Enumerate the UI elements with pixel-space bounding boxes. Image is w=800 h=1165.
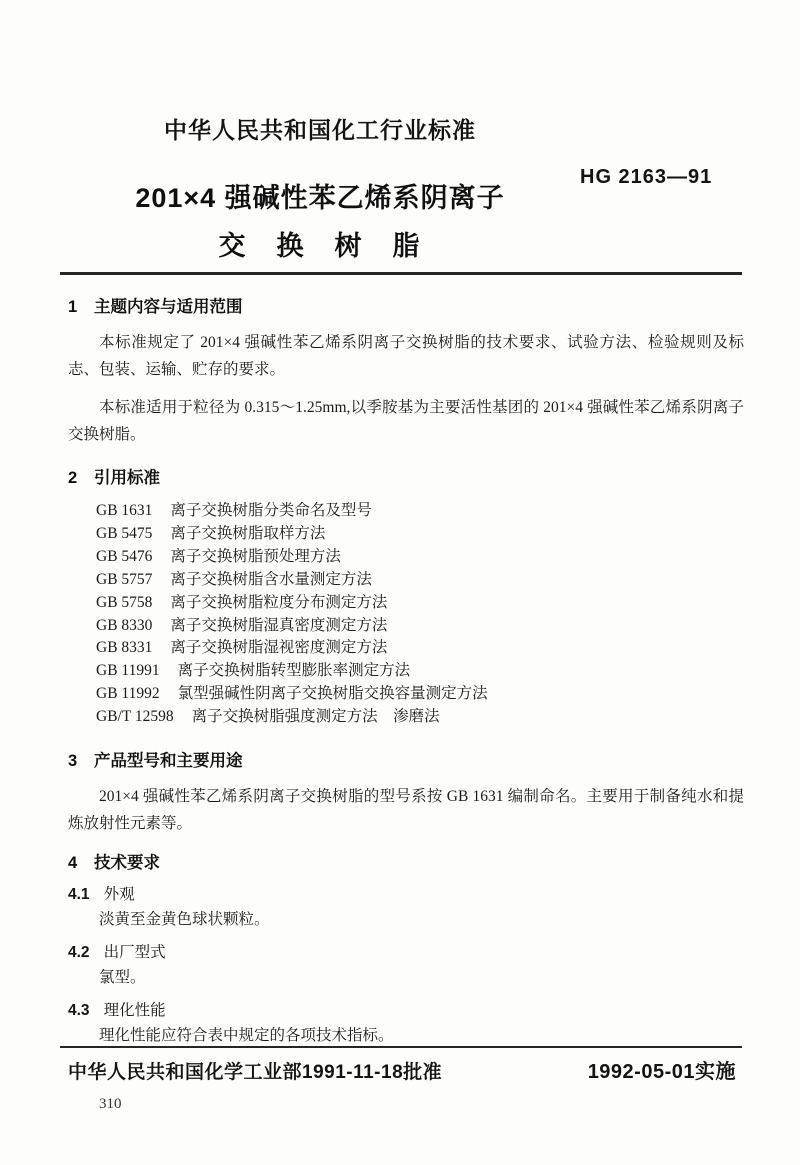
reference-item: GB 5757离子交换树脂含水量测定方法	[96, 569, 744, 592]
reference-title: 离子交换树脂湿视密度测定方法	[170, 639, 387, 656]
reference-code: GB 11991	[96, 660, 160, 683]
subsection-4-1-body: 淡黄至金黄色球状颗粒。	[68, 908, 744, 933]
reference-item: GB/T 12598离子交换树脂强度测定方法 渗磨法	[96, 706, 744, 729]
reference-title: 离子交换树脂含水量测定方法	[170, 571, 372, 588]
standard-title-line1: 201×4 强碱性苯乙烯系阴离子	[60, 176, 580, 215]
reference-title: 离子交换树脂湿真密度测定方法	[170, 617, 387, 634]
section-2-title: 引用标准	[94, 469, 160, 487]
reference-code: GB 1631	[96, 500, 152, 523]
reference-code: GB 5476	[96, 546, 152, 569]
section-3-paragraph: 201×4 强碱性苯乙烯系阴离子交换树脂的型号系按 GB 1631 编制命名。主…	[68, 783, 744, 837]
reference-code: GB 11992	[96, 683, 160, 706]
reference-item: GB 8330离子交换树脂湿真密度测定方法	[96, 615, 744, 638]
reference-title: 离子交换树脂转型膨胀率测定方法	[178, 662, 411, 679]
subsection-4-2-heading: 4.2出厂型式	[68, 941, 744, 966]
title-divider	[60, 272, 742, 275]
subsection-4-1-number: 4.1	[68, 883, 90, 908]
reference-title: 离子交换树脂粒度分布测定方法	[170, 594, 387, 611]
reference-title: 离子交换树脂强度测定方法 渗磨法	[192, 708, 440, 725]
section-3-title: 产品型号和主要用途	[94, 752, 243, 770]
subsection-4-3-body: 理化性能应符合表中规定的各项技术指标。	[68, 1024, 744, 1049]
reference-item: GB 5475离子交换树脂取样方法	[96, 523, 744, 546]
reference-item: GB 5476离子交换树脂预处理方法	[96, 546, 744, 569]
masthead: 中华人民共和国化工行业标准 201×4 强碱性苯乙烯系阴离子 交 换 树 脂	[60, 112, 580, 263]
reference-code: GB/T 12598	[96, 706, 174, 729]
subsection-4-2-title: 出厂型式	[104, 944, 166, 961]
authority-line: 中华人民共和国化工行业标准	[60, 112, 580, 145]
reference-item: GB 11991离子交换树脂转型膨胀率测定方法	[96, 660, 744, 683]
reference-title: 氯型强碱性阴离子交换树脂交换容量测定方法	[178, 685, 488, 702]
subsection-4-3-number: 4.3	[68, 999, 90, 1024]
section-4-heading: 4技术要求	[68, 852, 744, 874]
section-1-heading: 1主题内容与适用范围	[68, 296, 744, 318]
reference-item: GB 5758离子交换树脂粒度分布测定方法	[96, 592, 744, 615]
subsection-4-2-number: 4.2	[68, 941, 90, 966]
section-4-number: 4	[68, 852, 82, 874]
standard-title-line2: 交 换 树 脂	[60, 224, 580, 263]
section-4-title: 技术要求	[94, 854, 160, 872]
reference-item: GB 8331离子交换树脂湿视密度测定方法	[96, 637, 744, 660]
document-page: 中华人民共和国化工行业标准 201×4 强碱性苯乙烯系阴离子 交 换 树 脂 H…	[0, 0, 800, 1165]
subsection-4-2-body: 氯型。	[68, 966, 744, 991]
reference-item: GB 11992氯型强碱性阴离子交换树脂交换容量测定方法	[96, 683, 744, 706]
reference-title: 离子交换树脂分类命名及型号	[170, 502, 372, 519]
reference-code: GB 8331	[96, 637, 152, 660]
subsection-4-3-heading: 4.3理化性能	[68, 999, 744, 1024]
reference-item: GB 1631离子交换树脂分类命名及型号	[96, 500, 744, 523]
reference-code: GB 5757	[96, 569, 152, 592]
section-1-paragraph-2: 本标准适用于粒径为 0.315～1.25mm,以季胺基为主要活性基团的 201×…	[68, 394, 744, 448]
section-1-paragraph-1: 本标准规定了 201×4 强碱性苯乙烯系阴离子交换树脂的技术要求、试验方法、检验…	[68, 329, 744, 383]
subsection-4-3-title: 理化性能	[104, 1002, 166, 1019]
subsection-4-1-heading: 4.1外观	[68, 883, 744, 908]
reference-code: GB 5475	[96, 523, 152, 546]
implementation-text: 1992-05-01实施	[588, 1055, 736, 1084]
document-body: 1主题内容与适用范围 本标准规定了 201×4 强碱性苯乙烯系阴离子交换树脂的技…	[68, 296, 744, 1048]
standard-number: HG 2163—91	[580, 166, 712, 189]
section-3-number: 3	[68, 750, 82, 772]
reference-list: GB 1631离子交换树脂分类命名及型号 GB 5475离子交换树脂取样方法 G…	[96, 500, 744, 729]
footer: 中华人民共和国化学工业部1991-11-18批准 1992-05-01实施	[68, 1055, 736, 1084]
approval-text: 中华人民共和国化学工业部1991-11-18批准	[68, 1057, 442, 1084]
subsection-4-1-title: 外观	[104, 886, 135, 903]
section-3-heading: 3产品型号和主要用途	[68, 750, 744, 772]
page-number: 310	[99, 1096, 122, 1113]
reference-code: GB 5758	[96, 592, 152, 615]
footer-divider	[60, 1046, 742, 1048]
section-1-number: 1	[68, 296, 82, 318]
section-2-heading: 2引用标准	[68, 467, 744, 489]
reference-title: 离子交换树脂预处理方法	[170, 548, 341, 565]
section-2-number: 2	[68, 467, 82, 489]
reference-title: 离子交换树脂取样方法	[170, 525, 325, 542]
reference-code: GB 8330	[96, 615, 152, 638]
section-1-title: 主题内容与适用范围	[94, 298, 243, 316]
